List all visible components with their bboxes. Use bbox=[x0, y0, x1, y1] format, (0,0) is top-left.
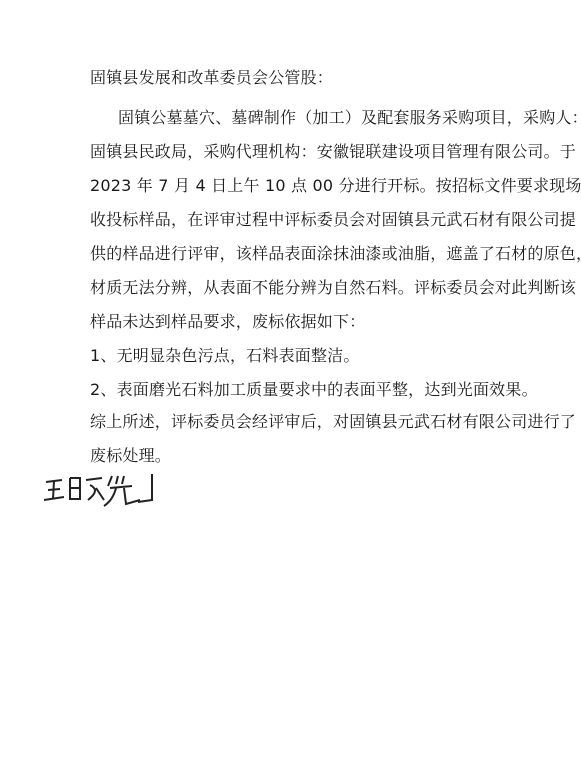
conclusion-line: 综上所述，评标委员会经评审后，对固镇县元武石材有限公司进行了 bbox=[90, 412, 576, 432]
conclusion-line: 废标处理。 bbox=[90, 446, 171, 466]
criterion-1: 1、无明显杂色污点，石料表面整洁。 bbox=[90, 346, 360, 366]
paragraph-line: 收投标样品，在评审过程中评标委员会对固镇县元武石材有限公司提 bbox=[90, 210, 576, 230]
paragraph-line: 固镇公墓墓穴、墓碑制作（加工）及配套服务采购项目，采购人： bbox=[118, 108, 581, 128]
paragraph-line: 材质无法分辨，从表面不能分辨为自然石料。评标委员会对此判断该 bbox=[90, 278, 576, 298]
paragraph-line: 2023 年 7 月 4 日上午 10 点 00 分进行开标。按招标文件要求现场… bbox=[90, 176, 581, 196]
paragraph-line: 固镇县民政局，采购代理机构：安徽锟联建设项目管理有限公司。于 bbox=[90, 142, 576, 162]
salutation: 固镇县发展和改革委员会公管股： bbox=[90, 68, 333, 88]
document-page: 固镇县发展和改革委员会公管股： 固镇公墓墓穴、墓碑制作（加工）及配套服务采购项目… bbox=[0, 0, 581, 768]
paragraph-line: 供的样品进行评审，该样品表面涂抹油漆或油脂，遮盖了石材的原色， bbox=[90, 244, 581, 264]
handwritten-signature bbox=[40, 470, 180, 510]
paragraph-line: 样品未达到样品要求，废标依据如下： bbox=[90, 312, 365, 332]
criterion-2: 2、表面磨光石料加工质量要求中的表面平整，达到光面效果。 bbox=[90, 380, 538, 400]
